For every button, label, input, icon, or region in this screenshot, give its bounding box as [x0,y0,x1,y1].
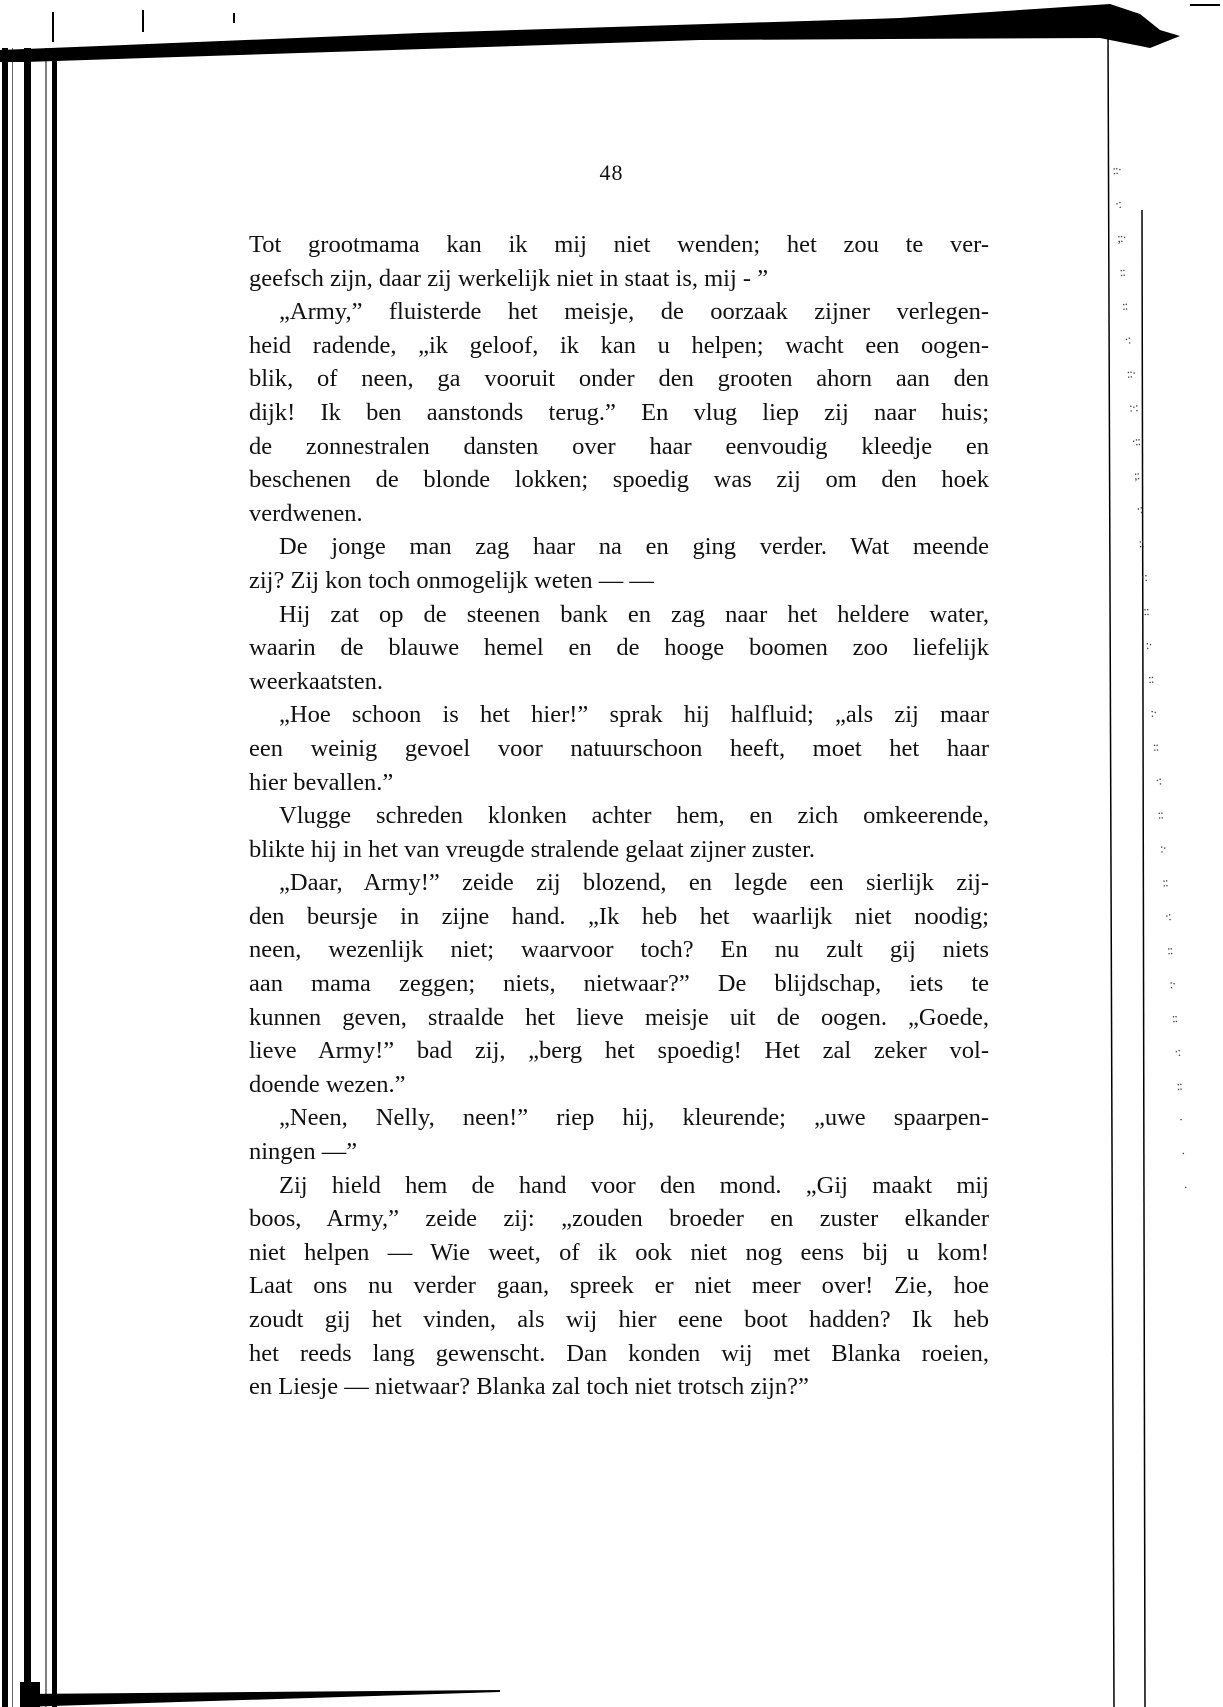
text-line: zoudt gij het vinden, als wij hier eene … [249,1303,989,1337]
text-line: weerkaatsten. [249,665,989,699]
text-line: de zonnestralen dansten over haar eenvou… [249,430,989,464]
text-line: blikte hij in het van vreugde stralende … [249,833,989,867]
text-line: den beursje in zijne hand. „Ik heb het w… [249,900,989,934]
text-line: beschenen de blonde lokken; spoedig was … [249,463,989,497]
text-line: neen, wezenlijk niet; waarvoor toch? En … [249,933,989,967]
text-line: „Hoe schoon is het hier!” sprak hij half… [249,698,989,732]
text-line: het reeds lang gewenscht. Dan konden wij… [249,1337,989,1371]
text-line: kunnen geven, straalde het lieve meisje … [249,1001,989,1035]
text-line: waarin de blauwe hemel en de hooge boome… [249,631,989,665]
book-bottom-edge [0,1680,520,1707]
text-line: boos, Army,” zeide zij: „zouden broeder … [249,1202,989,1236]
text-line: zij? Zij kon toch onmogelijk weten — — [249,564,989,598]
text-line: blik, of neen, ga vooruit onder den groo… [249,362,989,396]
text-line: verdwenen. [249,497,989,531]
book-top-edge-shadow [0,0,1223,70]
text-line: niet helpen — Wie weet, of ik ook niet n… [249,1236,989,1270]
text-line: dijk! Ik ben aanstonds terug.” En vlug l… [249,396,989,430]
text-line: Zij hield hem de hand voor den mond. „Gi… [249,1169,989,1203]
text-line: „Daar, Army!” zeide zij blozend, en legd… [249,866,989,900]
text-line: aan mama zeggen; niets, nietwaar?” De bl… [249,967,989,1001]
text-line: lieve Army!” bad zij, „berg het spoedig!… [249,1034,989,1068]
text-line: ningen —” [249,1135,989,1169]
text-line: „Neen, Nelly, neen!” riep hij, kleurende… [249,1101,989,1135]
book-binding-shadow [0,48,64,1707]
text-line: doende wezen.” [249,1068,989,1102]
text-line: Hij zat op de steenen bank en zag naar h… [249,598,989,632]
text-line: hier bevallen.” [249,766,989,800]
page-body-text: Tot grootmama kan ik mij niet wenden; he… [249,228,989,1404]
text-line: en Liesje — nietwaar? Blanka zal toch ni… [249,1370,989,1404]
text-line: Laat ons nu verder gaan, spreek er niet … [249,1269,989,1303]
text-line: „Army,” fluisterde het meisje, de oorzaa… [249,295,989,329]
text-line: heid radende, „ik geloof, ik kan u helpe… [249,329,989,363]
text-line: Tot grootmama kan ik mij niet wenden; he… [249,228,989,262]
text-line: een weinig gevoel voor natuurschoon heef… [249,732,989,766]
page-number: 48 [0,160,1223,186]
text-line: geefsch zijn, daar zij werkelijk niet in… [249,262,989,296]
text-line: Vlugge schreden klonken achter hem, en z… [249,799,989,833]
text-line: De jonge man zag haar na en ging verder.… [249,530,989,564]
